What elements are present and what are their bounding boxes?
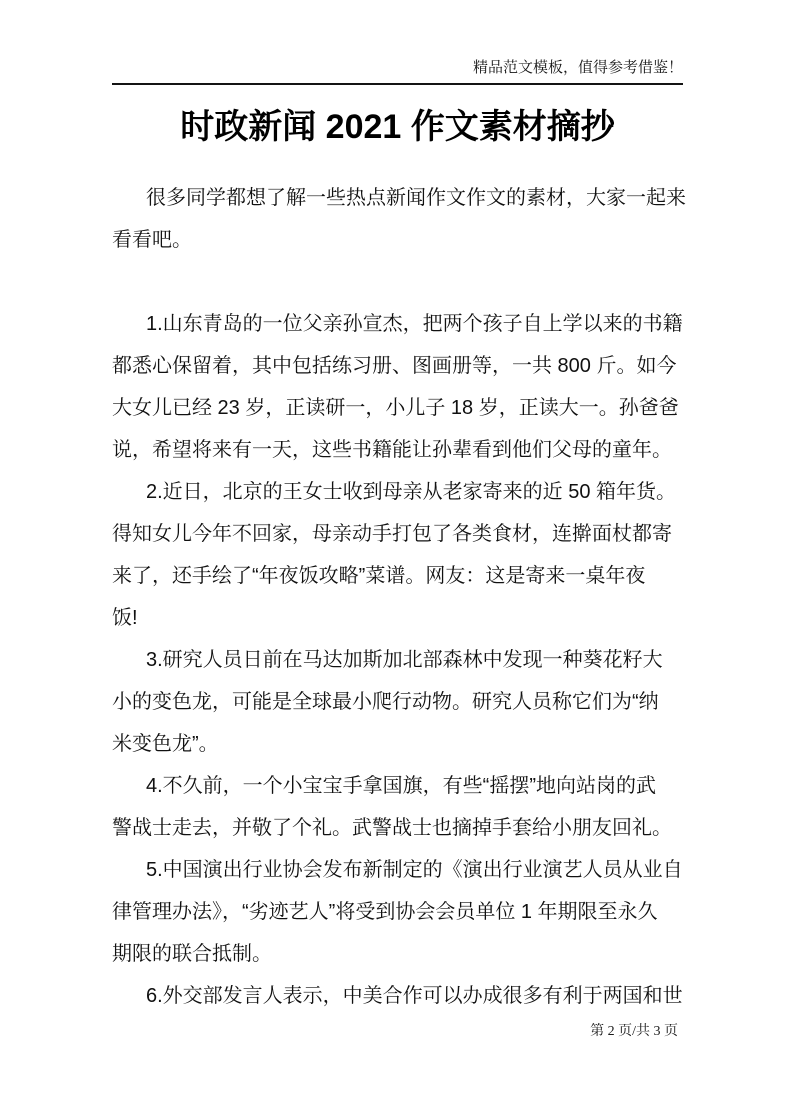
document-title: 时政新闻 2021 作文素材摘抄: [112, 103, 683, 151]
paragraph-item-4: 4.不久前，一个小宝宝手拿国旗，有些“摇摆”地向站岗的武 警战士走去，并敬了个礼…: [112, 765, 697, 849]
page-number: 第 2 页/共 3 页: [590, 1020, 678, 1040]
paragraph-intro: 很多同学都想了解一些热点新闻作文作文的素材，大家一起来 看看吧。: [112, 177, 697, 261]
paragraph-item-1: 1.山东青岛的一位父亲孙宣杰，把两个孩子自上学以来的书籍 都悉心保留着，其中包括…: [112, 303, 697, 471]
document-body: 很多同学都想了解一些热点新闻作文作文的素材，大家一起来 看看吧。 1.山东青岛的…: [112, 177, 697, 1017]
paragraph-item-3: 3.研究人员日前在马达加斯加北部森林中发现一种葵花籽大 小的变色龙，可能是全球最…: [112, 639, 697, 765]
page-content: 精品范文模板，值得参考借鉴！ 时政新闻 2021 作文素材摘抄 很多同学都想了解…: [112, 0, 697, 1017]
header-note: 精品范文模板，值得参考借鉴！: [112, 56, 683, 85]
paragraph-item-5: 5.中国演出行业协会发布新制定的《演出行业演艺人员从业自 律管理办法》，“劣迹艺…: [112, 849, 697, 975]
paragraph-item-2: 2.近日，北京的王女士收到母亲从老家寄来的近 50 箱年货。 得知女儿今年不回家…: [112, 471, 697, 639]
document-page: 精品范文模板，值得参考借鉴！ 时政新闻 2021 作文素材摘抄 很多同学都想了解…: [0, 0, 792, 1120]
page-header: 精品范文模板，值得参考借鉴！: [112, 0, 697, 85]
paragraph-item-6: 6.外交部发言人表示，中美合作可以办成很多有利于两国和世: [112, 975, 697, 1017]
